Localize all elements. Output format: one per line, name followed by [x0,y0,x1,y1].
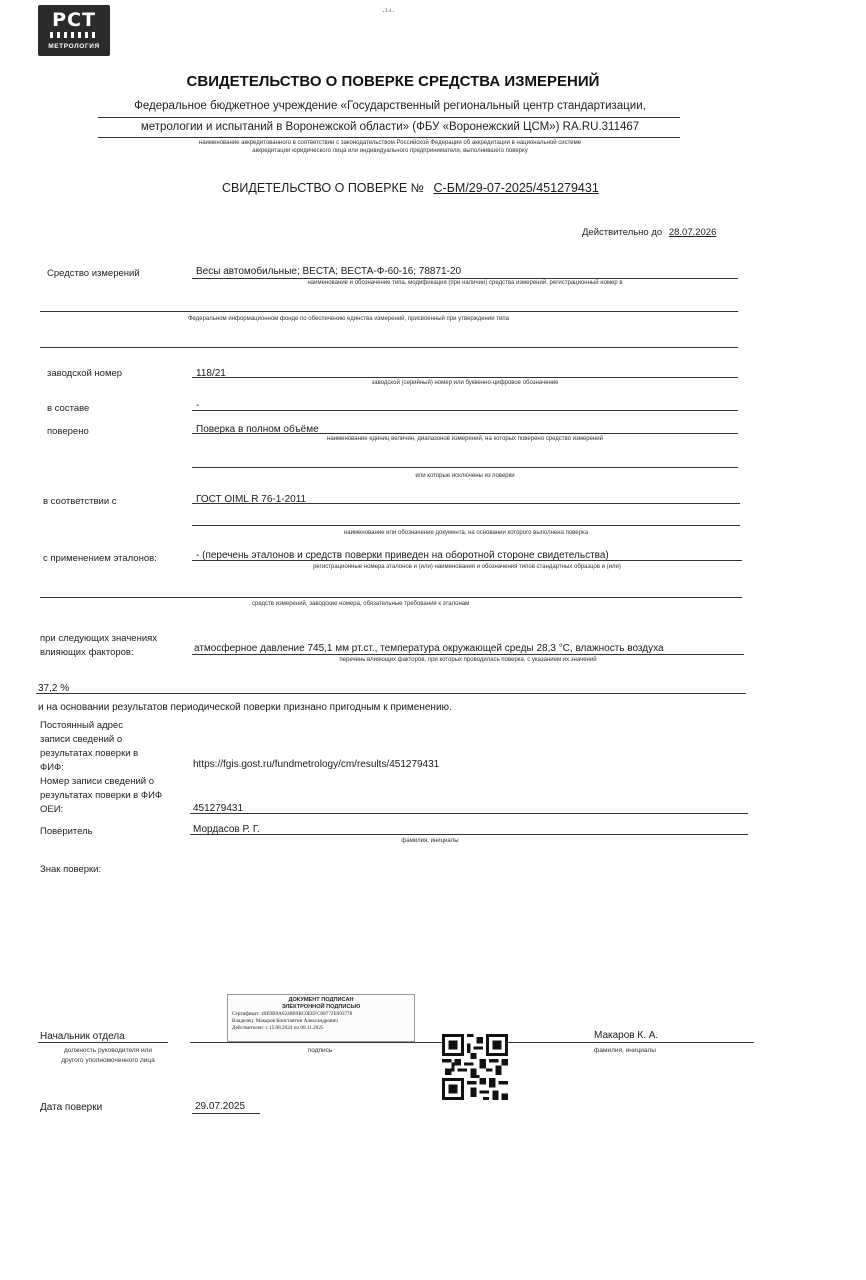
instrument-value: Весы автомобильные; ВЕСТА; ВЕСТА-Ф-60-16… [196,266,461,277]
instrument-caption-2: Федеральном информационном фонде по обес… [40,316,738,322]
divider [192,433,738,434]
certificate-number-value: С-БМ/29-07-2025/451279431 [434,181,599,195]
divider [40,347,738,348]
verified-label: поверено [47,426,89,437]
certificate-label: СВИДЕТЕЛЬСТВО О ПОВЕРКЕ № [222,181,424,195]
factors-caption: перечень влияющих факторов, при которых … [192,657,744,663]
verifier-label: Поверитель [40,826,93,837]
fif-address-label-line: ФИФ: [40,761,138,775]
factors-label-1: при следующих значениях [40,633,157,644]
fif-number-label-line: результатах поверки в ФИФ [40,789,162,803]
org-caption-2: аккредитации юридического лица или индив… [90,148,690,154]
standard-caption: наименование или обозначение документа, … [192,530,740,536]
rst-logo: РСТ МЕТРОЛОГИЯ [38,5,110,56]
fif-number-label: Номер записи сведений о результатах пове… [40,775,162,817]
electronic-signature-stamp: ДОКУМЕНТ ПОДПИСАН ЭЛЕКТРОННОЙ ПОДПИСЬЮ С… [227,994,415,1042]
esig-cert-label: Сертификат: [232,1011,260,1017]
esig-owner-label: Владелец: [232,1018,254,1024]
divider [192,503,740,504]
instrument-label: Средство измерений [47,268,140,279]
stamp-mark: ·¹⁴· [382,6,395,16]
qr-code-icon [440,1034,510,1100]
logo-mark: РСТ [38,9,110,31]
divider [192,560,742,561]
standard-label: в соответствии с [43,496,117,507]
divider [192,410,738,411]
verifier-caption: фамилия, инициалы [190,838,670,844]
divider [192,377,738,378]
etalons-caption-2: средств измерений, заводские номера, обя… [40,601,742,607]
head-name-caption: фамилия, инициалы [570,1047,680,1054]
factors-label-2: влияющих факторов: [40,647,134,658]
factors-value: атмосферное давление 745,1 мм рт.ст., те… [194,643,664,654]
esig-cert: 40E9B9A6248B9BC0EEFC08772E093778 [261,1011,352,1017]
divider [192,467,738,468]
fif-address-label-line: результатах поверки в [40,747,138,761]
valid-until: Действительно до 28.07.2026 [582,227,716,238]
divider [192,1113,260,1114]
fif-number-label-line: Номер записи сведений о [40,775,162,789]
divider [40,311,738,312]
head-label: Начальник отдела [40,1031,125,1042]
divider [190,813,748,814]
document-title: СВИДЕТЕЛЬСТВО О ПОВЕРКЕ СРЕДСТВА ИЗМЕРЕН… [0,73,786,90]
divider [40,597,742,598]
fif-address-label-line: записи сведений о [40,733,138,747]
instrument-caption-1: наименование и обозначение типа, модифик… [192,280,738,286]
esig-valid: с 15.08.2024 по 08.11.2025 [265,1025,323,1031]
date-value: 29.07.2025 [195,1101,245,1112]
divider [192,654,744,655]
date-label: Дата поверки [40,1102,102,1113]
fif-number-label-line: ОЕИ: [40,803,162,817]
divider [38,1042,168,1043]
divider [36,693,746,694]
divider [192,525,740,526]
divider [192,278,738,279]
verification-mark-label: Знак поверки: [40,864,101,875]
divider [190,834,748,835]
serial-caption: заводской (серийный) номер или буквенно-… [192,380,738,386]
valid-label: Действительно до [582,227,662,238]
head-name: Макаров К. А. [594,1030,658,1041]
verified-caption-1: наименование единиц величин, диапазонов … [192,436,738,442]
fif-address-label-line: Постоянный адрес [40,719,138,733]
esig-title-1: ДОКУМЕНТ ПОДПИСАН [228,997,414,1004]
logo-bars [50,32,98,38]
org-caption-1: наименование аккредитованного в соответс… [90,140,690,146]
esig-owner: Макаров Константин Александрович [256,1018,338,1024]
etalons-caption-1: регистрационные номера эталонов и (или) … [192,564,742,570]
logo-subtitle: МЕТРОЛОГИЯ [38,43,110,50]
esig-valid-label: Действителен: [232,1025,264,1031]
divider [98,137,680,138]
certificate-number: СВИДЕТЕЛЬСТВО О ПОВЕРКЕ № С-БМ/29-07-202… [222,181,599,195]
serial-label: заводской номер [47,368,122,379]
divider [98,117,680,118]
org-line-1: Федеральное бюджетное учреждение «Госуда… [90,100,690,112]
org-line-2: метрологии и испытаний в Воронежской обл… [90,121,690,133]
valid-date: 28.07.2026 [669,227,717,238]
verified-caption-2: или которые исключены из поверки [192,473,738,479]
head-caption-2: другого уполномоченного лица [38,1057,178,1064]
conclusion-text: и на основании результатов периодической… [38,702,452,713]
esig-title-2: ЭЛЕКТРОННОЙ ПОДПИСЬЮ [228,1004,414,1011]
fif-address-label: Постоянный адрес записи сведений о резул… [40,719,138,775]
fif-address-link[interactable]: https://fgis.gost.ru/fundmetrology/cm/re… [193,759,439,770]
signature-caption: подпись [280,1047,360,1054]
etalons-label: с применением эталонов: [43,553,157,564]
head-caption-1: должность руководителя или [38,1047,178,1054]
composition-label: в составе [47,403,89,414]
